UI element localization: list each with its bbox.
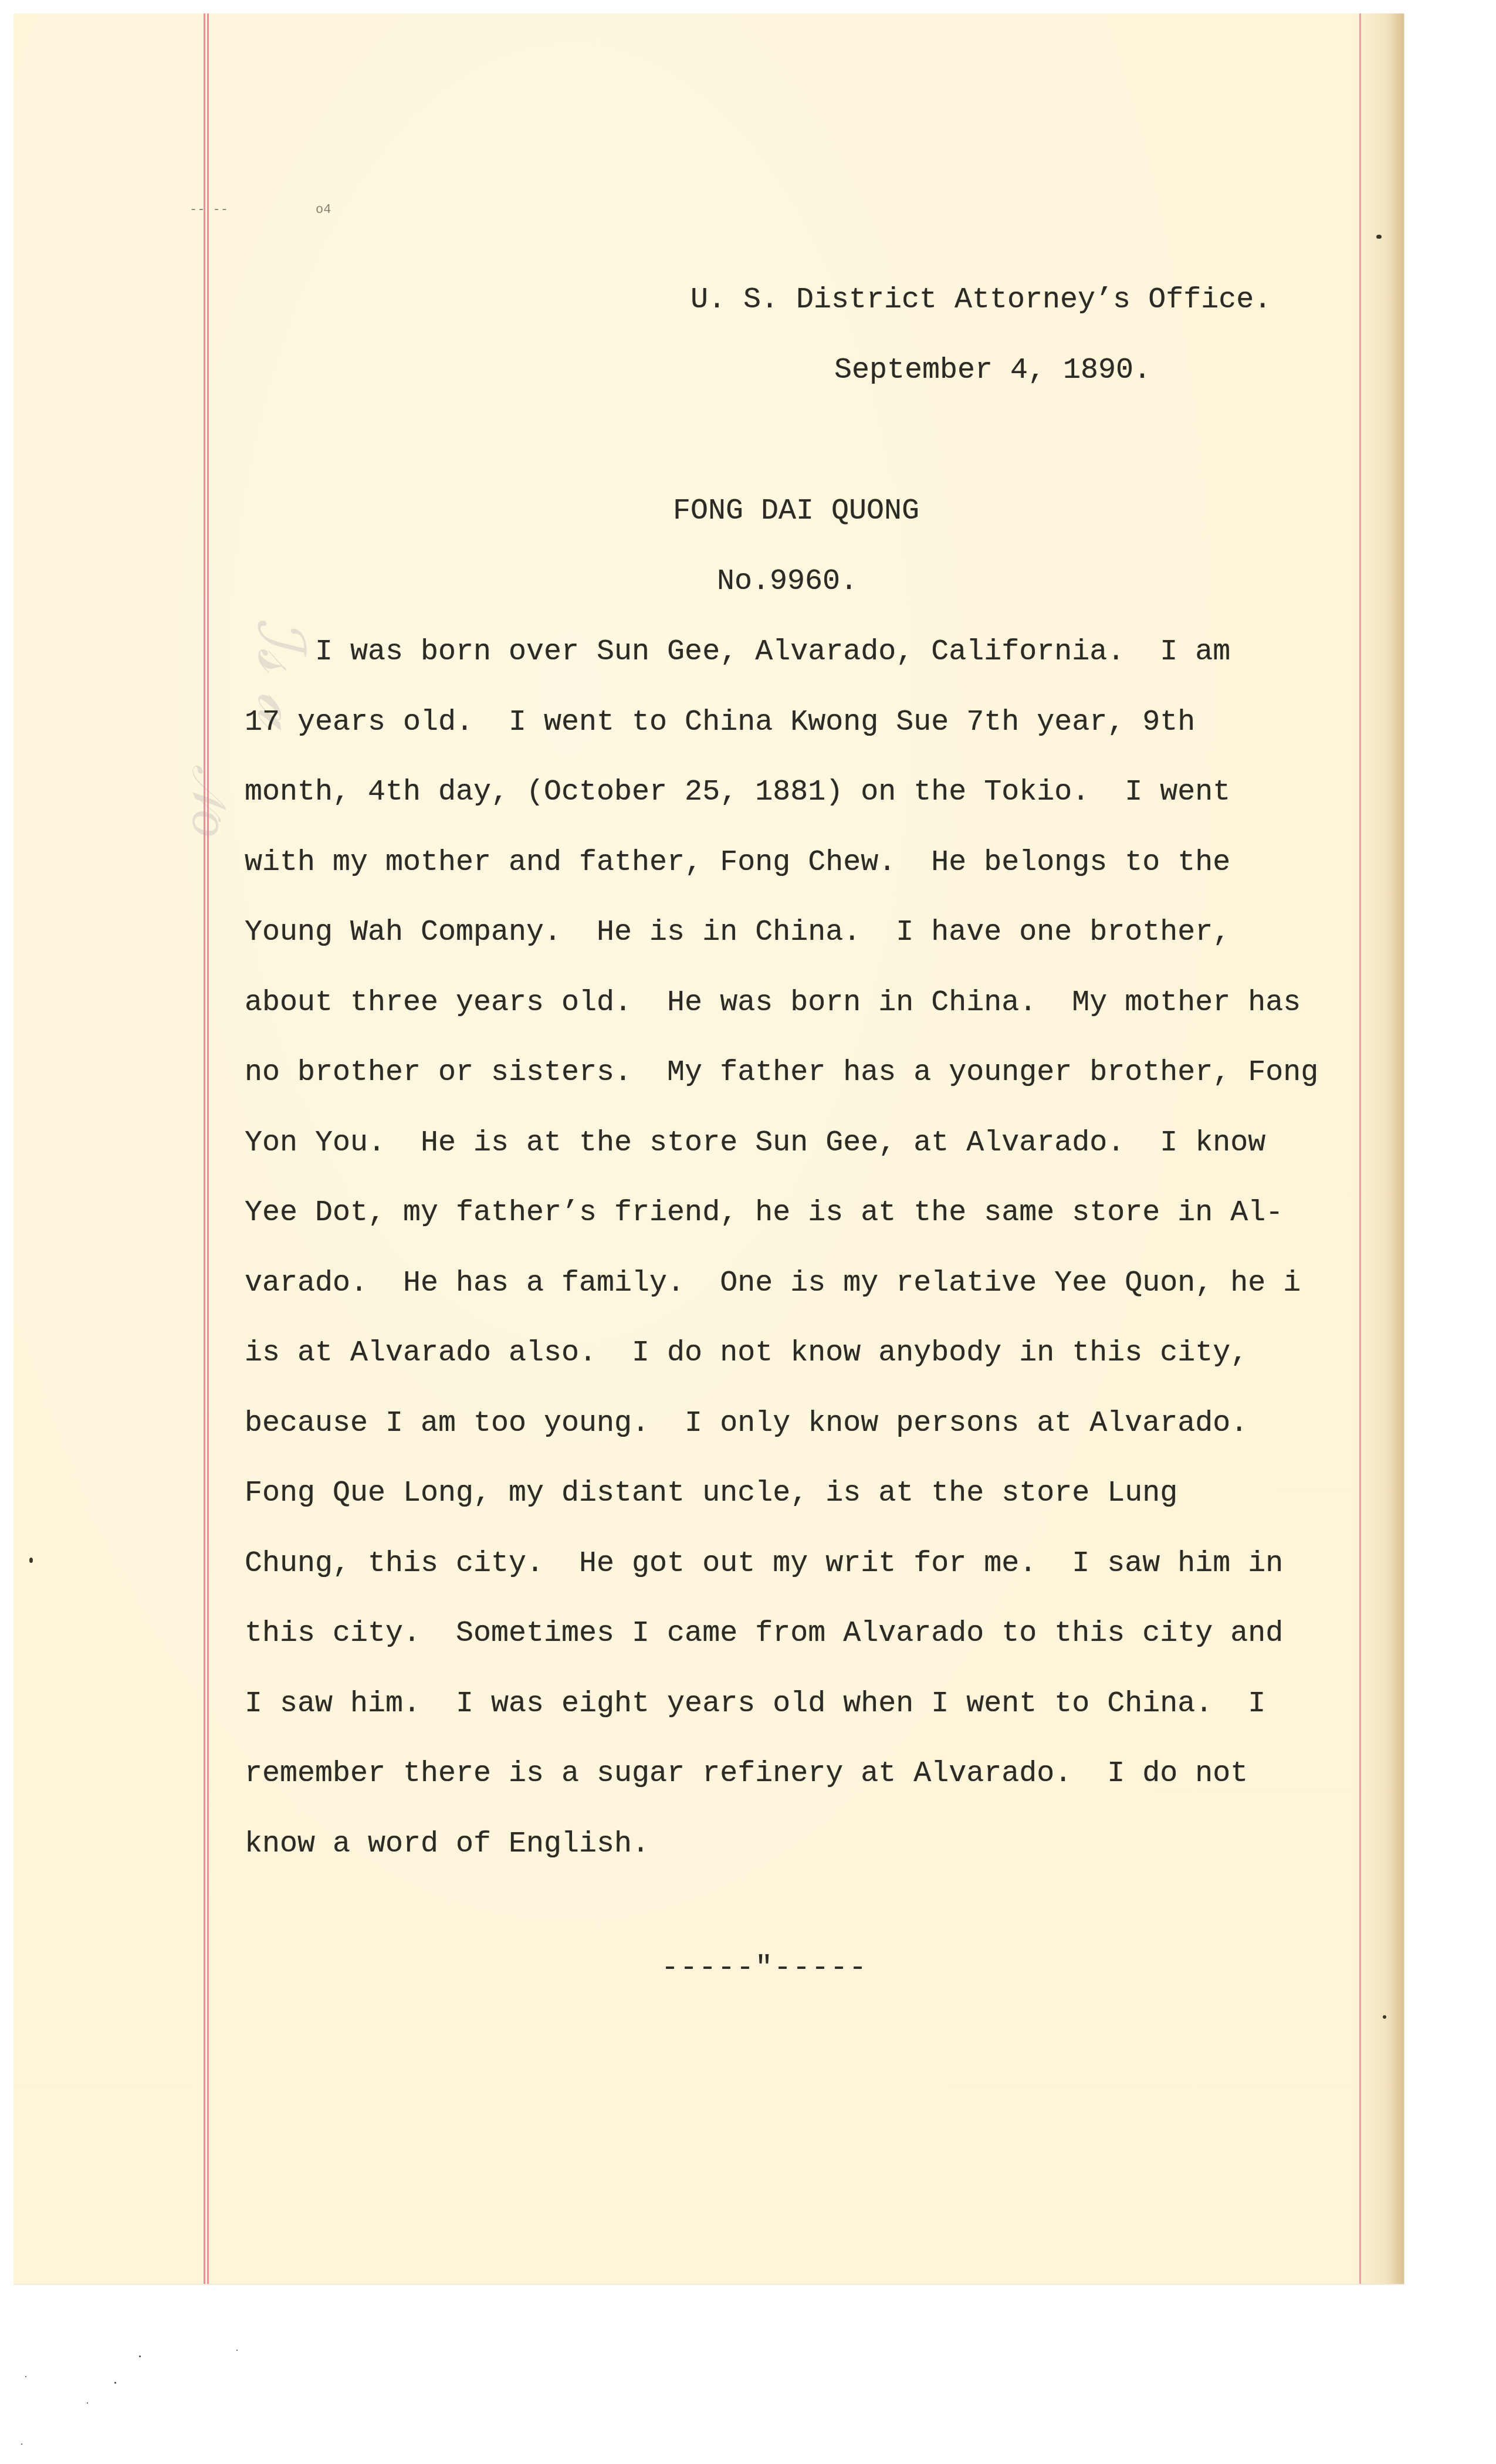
ink-speck	[29, 1558, 33, 1563]
body-line: I was born over Sun Gee, Alvarado, Calif…	[245, 638, 1348, 708]
body-line: know a word of English.	[245, 1830, 1348, 1900]
end-separator: -----"-----	[661, 1954, 868, 1983]
right-margin-rule	[1359, 13, 1361, 2284]
body-line: Young Wah Company. He is in China. I hav…	[245, 918, 1348, 989]
document-date: September 4, 1890.	[834, 356, 1151, 385]
ink-speck	[1383, 2015, 1386, 2019]
scan-dust	[114, 2382, 116, 2384]
body-line: no brother or sisters. My father has a y…	[245, 1058, 1348, 1129]
body-line: with my mother and father, Fong Chew. He…	[245, 848, 1348, 919]
body-line: Yee Dot, my father’s friend, he is at th…	[245, 1199, 1348, 1269]
body-line: because I am too young. I only know pers…	[245, 1409, 1348, 1480]
left-margin-rule-inner	[207, 13, 209, 2284]
case-name: FONG DAI QUONG	[673, 497, 919, 526]
body-line: Chung, this city. He got out my writ for…	[245, 1549, 1348, 1620]
scan-dust	[21, 2443, 22, 2445]
body-line: Fong Que Long, my distant uncle, is at t…	[245, 1479, 1348, 1549]
scan-dust	[139, 2355, 141, 2357]
case-number: No.9960.	[717, 567, 858, 597]
bleed-through-handwriting-margin: 𝒩𝑜	[181, 764, 236, 838]
body-line: 17 years old. I went to China Kwong Sue …	[245, 708, 1348, 779]
body-line: month, 4th day, (October 25, 1881) on th…	[245, 778, 1348, 848]
margin-mark-2: o4	[316, 202, 331, 217]
margin-mark: -- --	[189, 202, 228, 217]
body-line: Yon You. He is at the store Sun Gee, at …	[245, 1129, 1348, 1199]
body-line: about three years old. He was born in Ch…	[245, 989, 1348, 1059]
left-margin-rule	[204, 13, 205, 2284]
body-line: is at Alvarado also. I do not know anybo…	[245, 1339, 1348, 1409]
testimony-body: I was born over Sun Gee, Alvarado, Calif…	[245, 638, 1348, 1900]
body-line: this city. Sometimes I came from Alvarad…	[245, 1619, 1348, 1690]
scan-dust	[25, 2376, 26, 2377]
ink-speck	[1376, 235, 1382, 239]
body-line: remember there is a sugar refinery at Al…	[245, 1759, 1348, 1830]
body-line: I saw him. I was eight years old when I …	[245, 1690, 1348, 1760]
office-heading: U. S. District Attorney’s Office.	[691, 286, 1271, 315]
scan-dust	[236, 2350, 238, 2351]
scan-dust	[87, 2402, 88, 2404]
body-line: varado. He has a family. One is my relat…	[245, 1269, 1348, 1339]
